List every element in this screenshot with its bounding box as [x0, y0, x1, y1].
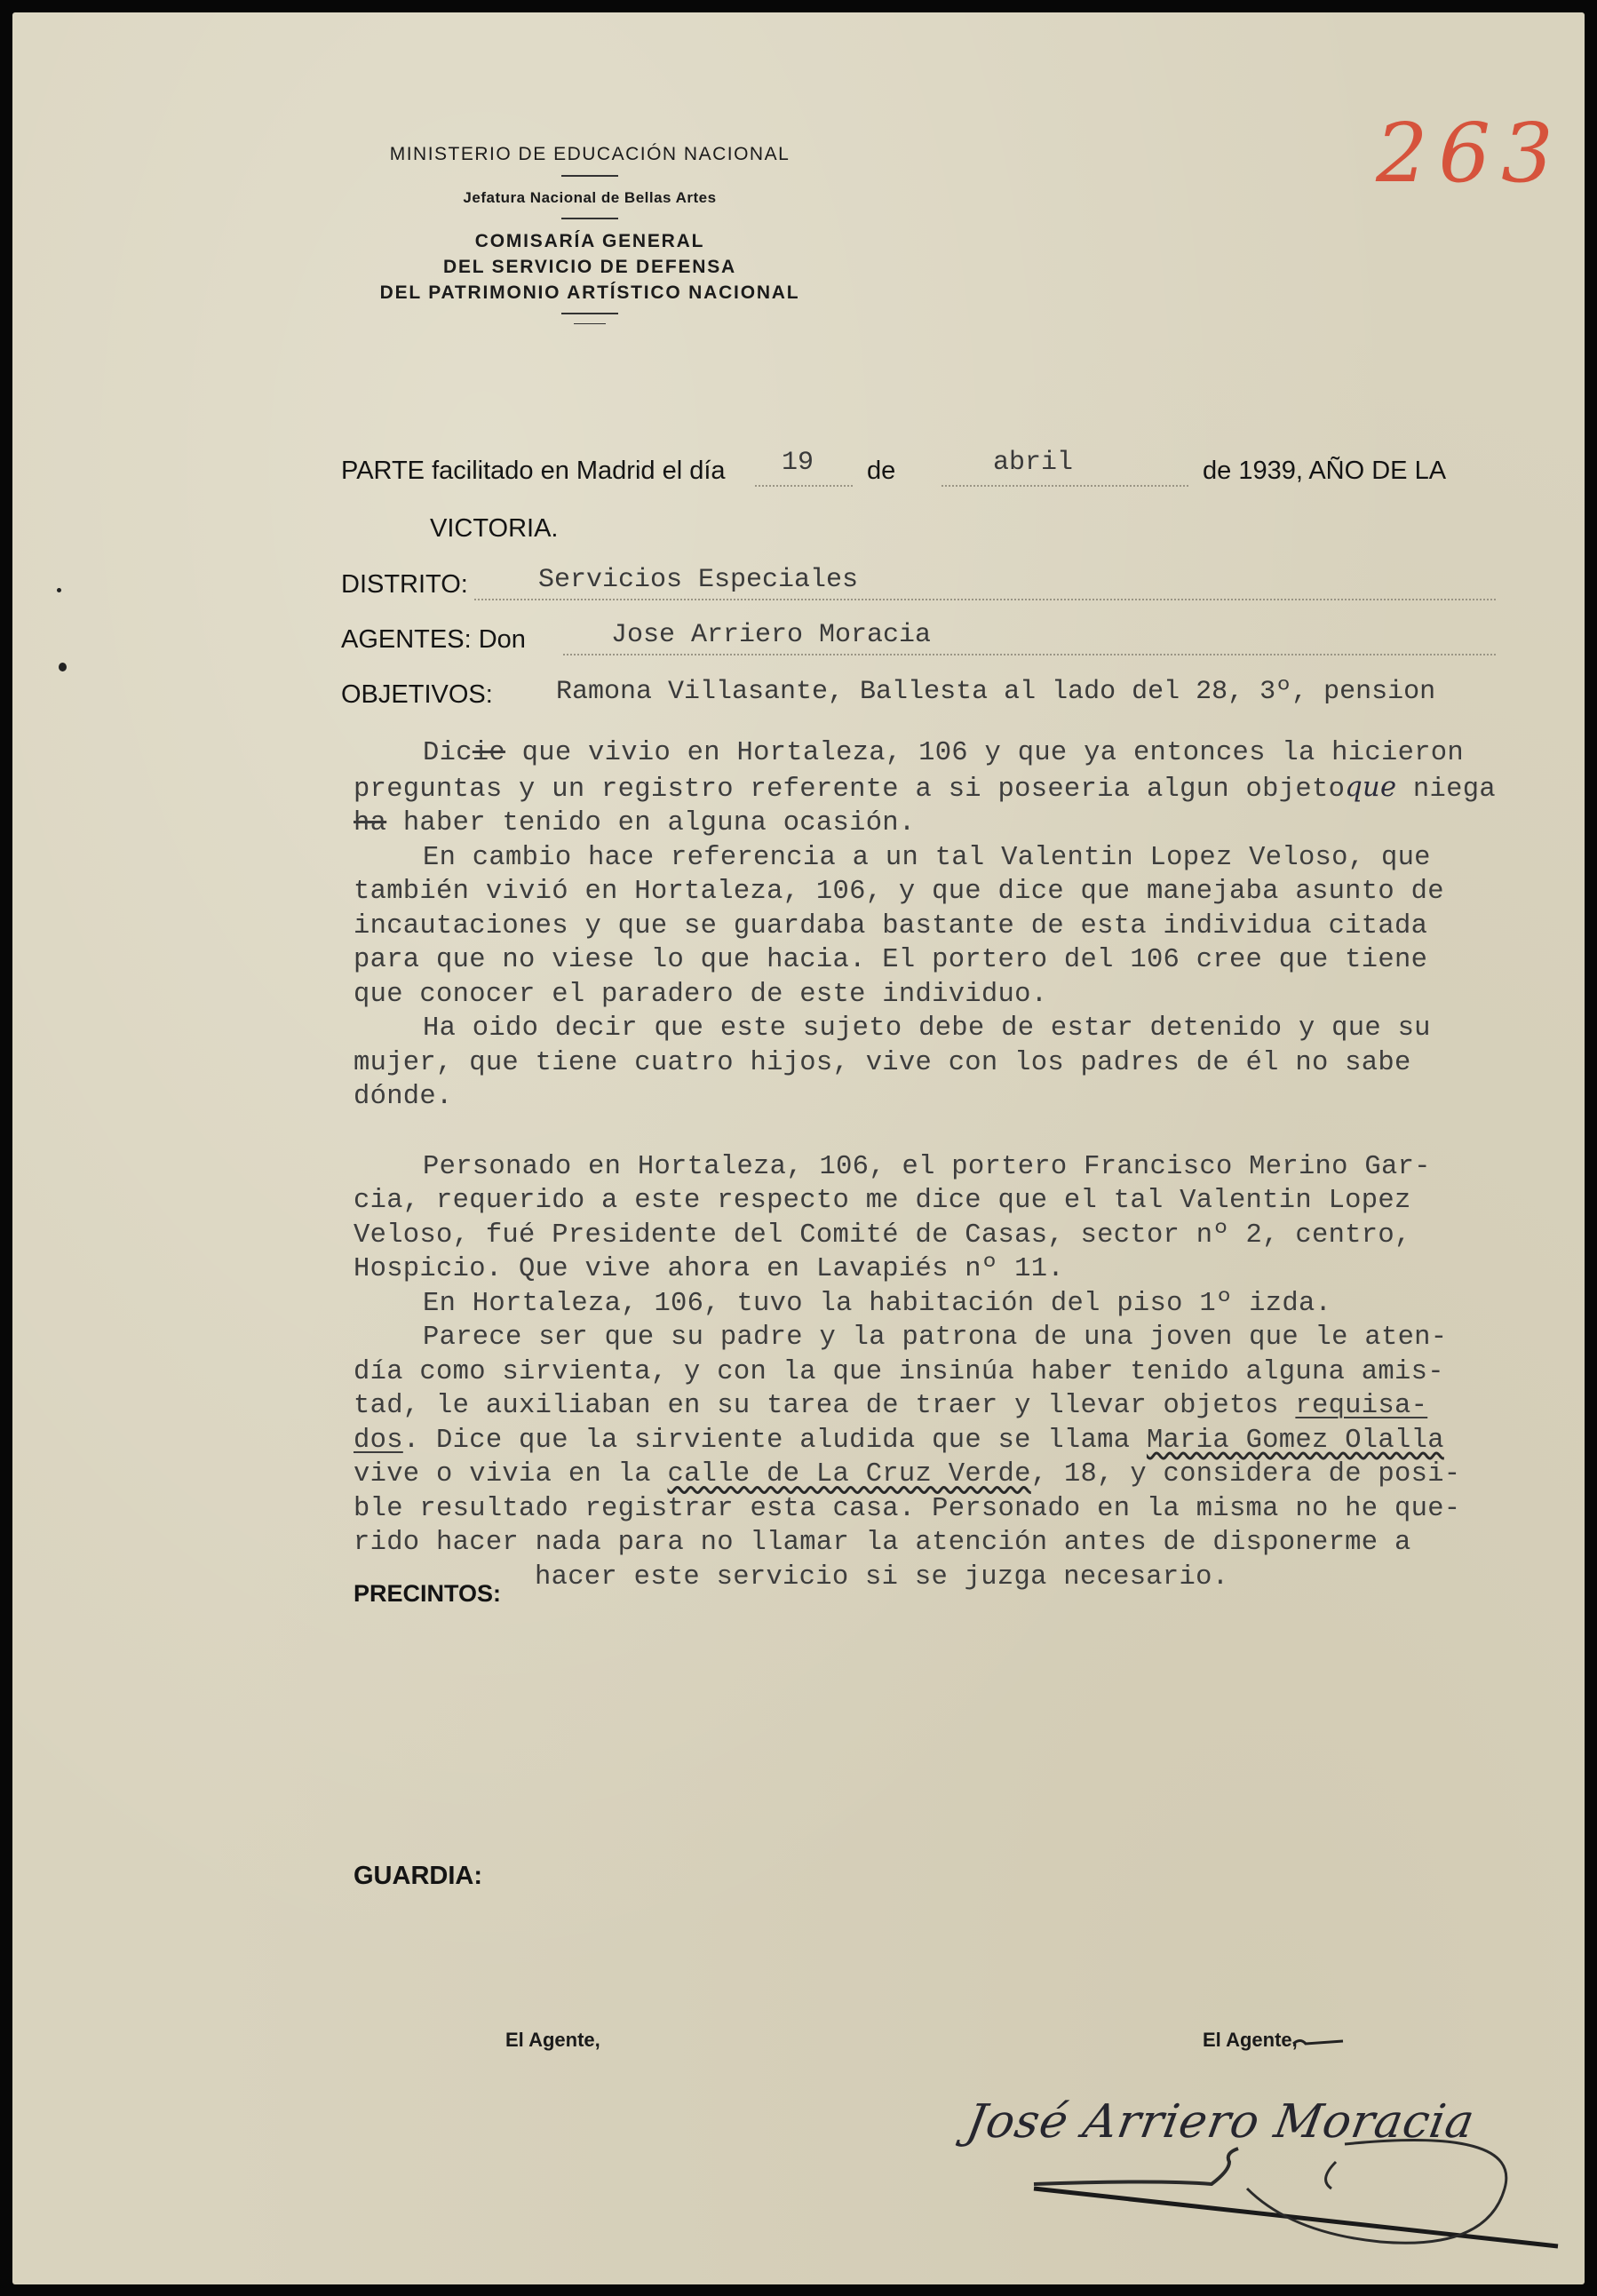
- paragraph: Ha oido decir que este sujeto debe de es…: [354, 1012, 1561, 1046]
- text: , 18, y considera de posi-: [1031, 1459, 1461, 1490]
- text-line: para que no viese lo que hacia. El porte…: [354, 943, 1561, 978]
- paragraph: Parece ser que su padre y la patrona de …: [354, 1321, 1561, 1355]
- precintos-label: PRECINTOS:: [354, 1580, 501, 1608]
- text-line: dónde.: [354, 1080, 1561, 1115]
- commission-line-1: COMISARÍA GENERAL: [341, 228, 838, 254]
- letterhead-divider: [561, 218, 618, 219]
- signature-flourish: [1025, 2135, 1576, 2268]
- day-value: 19: [782, 448, 814, 478]
- text-line: Veloso, fué Presidente del Comité de Cas…: [354, 1219, 1561, 1253]
- text-line: rido hacer nada para no llamar la atenci…: [354, 1526, 1561, 1561]
- underlined-name: Maria Gomez Olalla: [1147, 1426, 1444, 1456]
- year-label: de 1939, AÑO DE LA: [1203, 457, 1446, 486]
- paragraph: mujer, que tiene cuatro hijos, vive con …: [354, 1046, 1561, 1115]
- text-line: Hospicio. Que vive ahora en Lavapiés nº …: [354, 1252, 1561, 1287]
- text: preguntas y un registro referente a si p…: [354, 775, 1345, 805]
- agentes-value: Jose Arriero Moracia: [611, 620, 931, 650]
- underlined-address: calle de La Cruz Verde: [667, 1459, 1030, 1490]
- paragraph: Dicie que vivio en Hortaleza, 106 y que …: [354, 736, 1561, 771]
- victoria-label: VICTORIA.: [430, 514, 559, 544]
- document-page: MINISTERIO DE EDUCACIÓN NACIONAL Jefatur…: [12, 12, 1585, 2284]
- paragraph: Personado en Hortaleza, 106, el portero …: [354, 1150, 1561, 1185]
- handwritten-insertion: que: [1345, 772, 1396, 803]
- objetivos-label: OBJETIVOS:: [341, 680, 493, 710]
- paragraph: preguntas y un registro referente a si p…: [354, 771, 1561, 841]
- text-line: Ha oido decir que este sujeto debe de es…: [354, 1012, 1561, 1046]
- text-line: Personado en Hortaleza, 106, el portero …: [354, 1150, 1561, 1185]
- text: . Dice que la sirviente aludida que se l…: [403, 1426, 1147, 1456]
- commission-line-2: DEL SERVICIO DE DEFENSA: [341, 254, 838, 280]
- text-line: que conocer el paradero de este individu…: [354, 978, 1561, 1013]
- signature-tail-mark: [1291, 2036, 1345, 2048]
- commission-line-3: DEL PATRIMONIO ARTÍSTICO NACIONAL: [341, 280, 838, 306]
- letterhead: MINISTERIO DE EDUCACIÓN NACIONAL Jefatur…: [341, 141, 838, 333]
- paragraph: cia, requerido a este respecto me dice q…: [354, 1184, 1561, 1287]
- guardia-label: GUARDIA:: [354, 1862, 482, 1891]
- department-name: Jefatura Nacional de Bellas Artes: [341, 186, 838, 211]
- paper-speck: [57, 588, 61, 592]
- report-body: Dicie que vivio en Hortaleza, 106 y que …: [354, 736, 1561, 1594]
- distrito-label: DISTRITO:: [341, 570, 468, 600]
- agent-signature-label-right: El Agente,: [1203, 2029, 1298, 2052]
- month-value: abril: [993, 448, 1073, 478]
- text: haber tenido en alguna ocasión.: [386, 808, 915, 838]
- folio-number: 263: [1376, 106, 1564, 201]
- objetivos-value: Ramona Villasante, Ballesta al lado del …: [556, 677, 1435, 707]
- text: niega: [1396, 775, 1496, 805]
- text-line: hacer este servicio si se juzga necesari…: [354, 1561, 1561, 1595]
- paragraph: En Hortaleza, 106, tuvo la habitación de…: [354, 1287, 1561, 1322]
- text: tad, le auxiliaban en su tarea de traer …: [354, 1391, 1295, 1421]
- distrito-field-line: [474, 599, 1496, 600]
- text-line: también vivió en Hortaleza, 106, y que d…: [354, 875, 1561, 910]
- text-line: Parece ser que su padre y la patrona de …: [354, 1321, 1561, 1355]
- distrito-value: Servicios Especiales: [538, 565, 858, 595]
- underlined-text: requisa-: [1295, 1391, 1427, 1421]
- text-line: incautaciones y que se guardaba bastante…: [354, 910, 1561, 944]
- text-line: día como sirvienta, y con la que insinúa…: [354, 1355, 1561, 1390]
- paragraph: día como sirvienta, y con la que insinúa…: [354, 1355, 1561, 1595]
- text-line: ble resultado registrar esta casa. Perso…: [354, 1492, 1561, 1527]
- struck-text: ie: [473, 738, 505, 768]
- month-field-line: [942, 485, 1188, 487]
- parte-label: PARTE facilitado en Madrid el día: [341, 457, 726, 486]
- letterhead-divider: [574, 323, 606, 324]
- text-line: mujer, que tiene cuatro hijos, vive con …: [354, 1046, 1561, 1081]
- text: Dic: [423, 738, 473, 768]
- agentes-label: AGENTES: Don: [341, 625, 526, 655]
- paragraph: también vivió en Hortaleza, 106, y que d…: [354, 875, 1561, 1012]
- text-line: En Hortaleza, 106, tuvo la habitación de…: [354, 1287, 1561, 1322]
- text: que vivio en Hortaleza, 106 y que ya ent…: [505, 738, 1464, 768]
- text-line: cia, requerido a este respecto me dice q…: [354, 1184, 1561, 1219]
- underlined-text: dos: [354, 1426, 403, 1456]
- ministry-name: MINISTERIO DE EDUCACIÓN NACIONAL: [341, 141, 838, 168]
- agentes-field-line: [563, 654, 1496, 655]
- text-line: En cambio hace referencia a un tal Valen…: [354, 841, 1561, 876]
- agent-signature-label-left: El Agente,: [505, 2029, 600, 2052]
- struck-text: ha: [354, 808, 386, 838]
- paper-speck: [59, 663, 67, 671]
- day-field-line: [755, 485, 853, 487]
- letterhead-divider: [561, 175, 618, 177]
- text: vive o vivia en la: [354, 1459, 667, 1490]
- de-label: de: [867, 457, 895, 486]
- paragraph: En cambio hace referencia a un tal Valen…: [354, 841, 1561, 876]
- letterhead-divider: [561, 313, 618, 314]
